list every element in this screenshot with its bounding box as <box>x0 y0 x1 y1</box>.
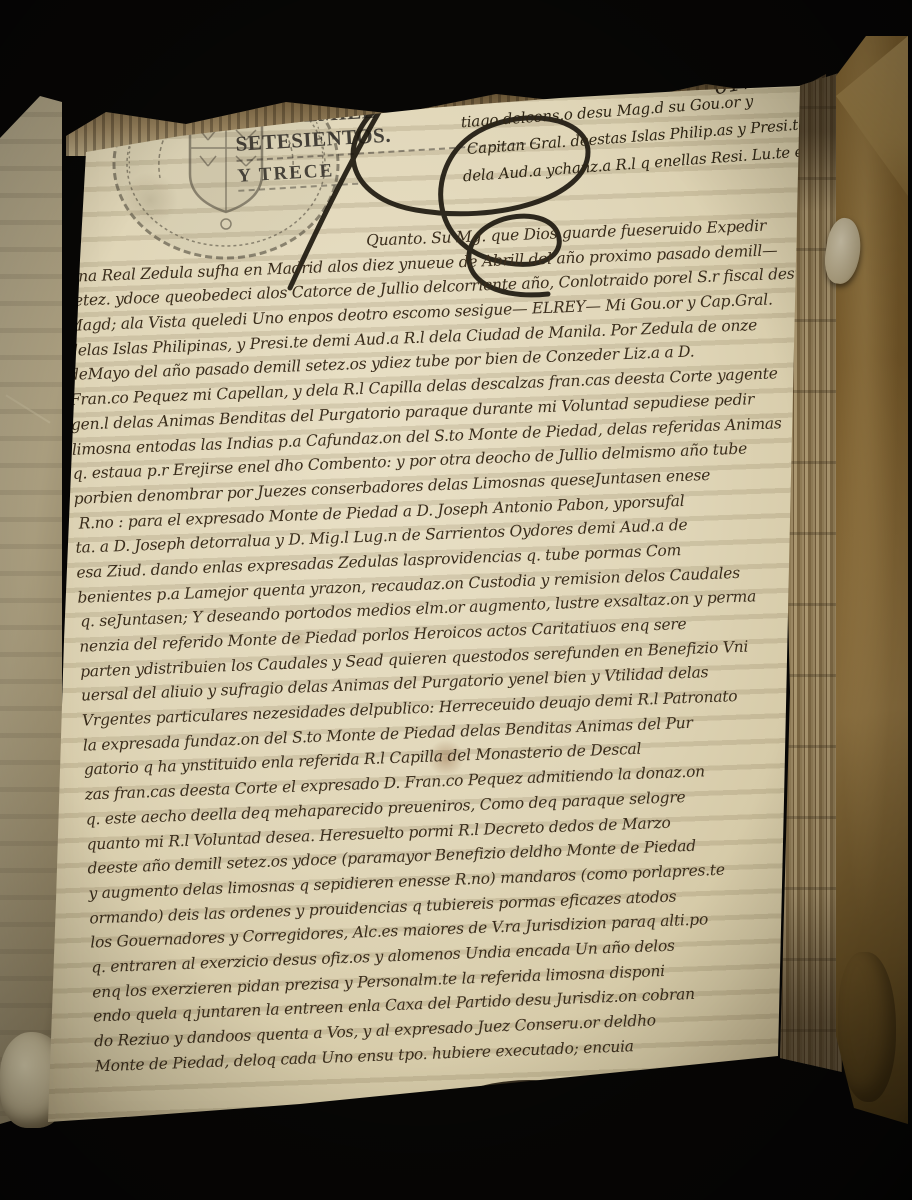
body-line: y augmento delas limosnas q sepidieren e… <box>88 854 816 906</box>
header-line: dela Aud.a ychanz.a R.l q enellas Resi. … <box>458 139 803 191</box>
header-line: Capitan Gral. deestas Islas Philip.as y … <box>456 112 801 164</box>
manuscript-photo: 4.º SELLO QVARTO. AÑO DEMILL SETESIENTOS… <box>0 0 912 1200</box>
header-line: El Conde de Lizarraga D.n Martin de <box>450 31 795 83</box>
body-line: los Gouernadores y Corregidores, Alc.es … <box>90 903 818 955</box>
body-line: deeste año demill setez.os ydoce (parama… <box>87 829 815 881</box>
body-line: parten ydistribuien los Caudales y Sead … <box>80 632 808 684</box>
body-line: ormando) deis las ordenes y prouidencias… <box>89 879 817 931</box>
body-line: Una Real Zedula sufha en Madrid alos die… <box>65 237 793 289</box>
body-line: Quanto. Su Mg. que Dios guarde fueseruid… <box>64 213 792 265</box>
body-line: gatorio q ha ynstituido enla referida R.… <box>83 731 811 783</box>
body-line: ta. a D. Joseph detorralua y D. Mig.l Lu… <box>75 509 803 561</box>
body-line: deMayo del año pasado demill setez.os yd… <box>69 336 797 388</box>
body-line: do Reziuo y dandoos quenta a Vos, y al e… <box>94 1002 822 1054</box>
manuscript-page: 4.º SELLO QVARTO. AÑO DEMILL SETESIENTOS… <box>0 0 912 1200</box>
body-line: gen.l delas Animas Benditas del Purgator… <box>70 385 798 437</box>
trece-line: Y TRECE <box>237 159 358 192</box>
body-line: setez. ydoce queobedeci alos Catorce de … <box>66 262 794 314</box>
body-handwriting: Quanto. Su Mg. que Dios guarde fueseruid… <box>64 213 823 1079</box>
rubric-flourish <box>236 48 716 318</box>
body-line: Magd; ala Vista queledi Uno enpos deotro… <box>67 287 795 339</box>
body-line: endo quela q juntaren la entreen enla Ca… <box>93 977 821 1029</box>
header-line: tiago delcons.o desu Mag.d su Gou.or y <box>454 85 799 137</box>
body-line: limosna entodas las Indias p.a Cafundaz.… <box>71 410 799 462</box>
previous-page-edge <box>0 96 62 1124</box>
cover-bottom-fold <box>838 952 896 1102</box>
body-line: enq los exerzieren pidan prezisa y Perso… <box>92 953 820 1005</box>
body-line: benientes p.a Lamejor quenta yrazon, rec… <box>77 558 805 610</box>
body-line: q. estaua p.r Erejirse enel dho Combento… <box>72 435 800 487</box>
body-line: uersal del aliuio y sufragio delas Anima… <box>81 657 809 709</box>
body-line: q. este aecho deella deq mehaparecido pr… <box>85 780 813 832</box>
body-line: nenzia del referido Monte de Piedad porl… <box>79 607 807 659</box>
body-line: la expresada fundaz.on del S.to Monte de… <box>83 706 811 758</box>
header-inscription: El Conde de Lizarraga D.n Martin deVrsua… <box>450 31 803 191</box>
quarto-annotation: 4.º <box>187 51 213 73</box>
body-line: delas Islas Philipinas, y Presi.te demi … <box>68 311 796 363</box>
body-line: Monte de Piedad, deloq cada Uno ensu tpo… <box>95 1027 823 1079</box>
body-line: Vrgentes particulares nezesidades delpub… <box>82 681 810 733</box>
body-line: R.no : para el expresado Monte de Piedad… <box>74 484 802 536</box>
body-line: porbien denombrar por Juezes conserbador… <box>73 459 801 511</box>
sello-stamp-text: SELLO QVARTO. AÑO DEMILL SETESIENTOS. Y … <box>232 64 568 191</box>
body-line: zas fran.cas deesta Corte el expresado D… <box>84 755 812 807</box>
sello-line: SELLO QVARTO. <box>232 64 562 101</box>
body-line: q. entraren al exerzicio desus ofiz.os y… <box>91 928 819 980</box>
body-line: q. seJuntasen; Y deseando portodos medio… <box>78 583 806 635</box>
body-line: Fran.co Pequez mi Capellan, y dela R.l C… <box>70 361 798 413</box>
body-line: esa Ziud. dando enlas expresadas Zedulas… <box>76 533 804 585</box>
royal-seal-stamp <box>104 64 354 264</box>
folio-number: 617 <box>712 69 756 100</box>
body-line: quanto mi R.l Voluntad desea. Heresuelto… <box>86 805 814 857</box>
closing-flourish <box>352 1072 682 1136</box>
